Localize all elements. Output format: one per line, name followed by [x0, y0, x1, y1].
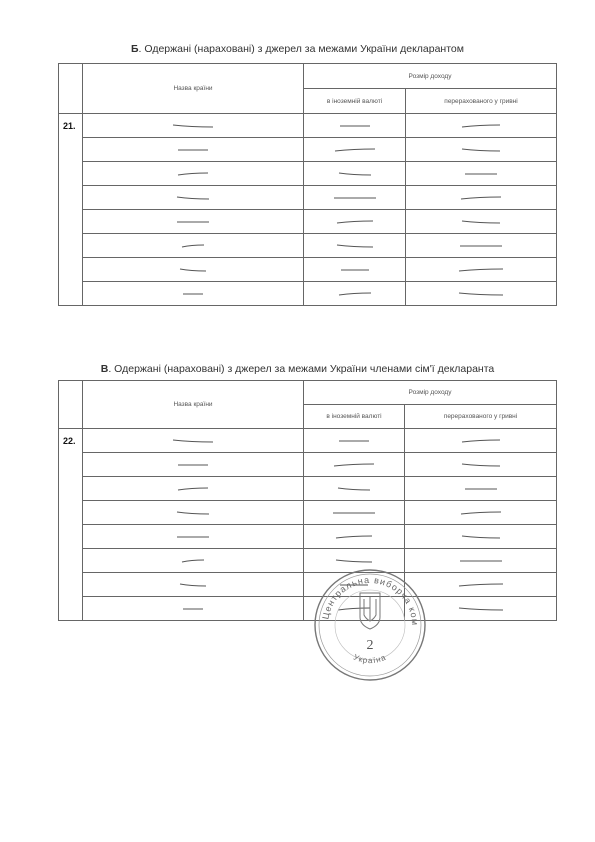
country-header: Назва країни	[83, 381, 304, 429]
stamp-text-bottom: Україна	[352, 652, 388, 665]
table-row	[59, 162, 557, 186]
uah-cell	[406, 282, 557, 306]
income-size-header: Розмір доходу	[304, 381, 557, 405]
stamp-number: 2	[367, 638, 374, 653]
country-cell	[83, 501, 304, 525]
foreign-cell	[304, 114, 406, 138]
foreign-cell	[304, 234, 406, 258]
converted-uah-header: перерахованого у гривні	[405, 405, 557, 429]
section-v-title-text: . Одержані (нараховані) з джерел за межа…	[108, 363, 494, 375]
foreign-income-declarant-table: Назва країни Розмір доходу в іноземній в…	[58, 63, 557, 306]
table-row	[59, 186, 557, 210]
country-cell	[83, 162, 304, 186]
uah-cell	[406, 186, 557, 210]
uah-cell	[406, 162, 557, 186]
table-row	[59, 477, 557, 501]
uah-cell	[406, 138, 557, 162]
num-header-cell	[59, 64, 83, 114]
country-cell	[83, 429, 304, 453]
table-row: 21.	[59, 114, 557, 138]
uah-cell	[405, 453, 557, 477]
uah-cell	[405, 429, 557, 453]
official-stamp: Центральна виборча комісія Україна 2	[310, 565, 430, 685]
num-header-cell	[59, 381, 83, 429]
table-row	[59, 453, 557, 477]
uah-cell	[406, 234, 557, 258]
foreign-currency-header: в іноземній валюті	[304, 89, 406, 114]
foreign-cell	[304, 525, 405, 549]
foreign-cell	[304, 477, 405, 501]
foreign-currency-header: в іноземній валюті	[304, 405, 405, 429]
country-cell	[83, 573, 304, 597]
section-b-title: Б. Одержані (нараховані) з джерел за меж…	[0, 43, 595, 55]
foreign-cell	[304, 162, 406, 186]
section-v-title: В. Одержані (нараховані) з джерел за меж…	[0, 363, 595, 375]
section-b-title-text: . Одержані (нараховані) з джерел за межа…	[139, 43, 464, 55]
row-number: 21.	[59, 114, 83, 306]
table-row	[59, 501, 557, 525]
foreign-cell	[304, 138, 406, 162]
trident-emblem-icon	[360, 593, 380, 629]
converted-uah-header: перерахованого у гривні	[406, 89, 557, 114]
country-cell	[83, 453, 304, 477]
foreign-cell	[304, 501, 405, 525]
uah-cell	[406, 210, 557, 234]
country-cell	[83, 186, 304, 210]
uah-cell	[405, 501, 557, 525]
country-header: Назва країни	[83, 64, 304, 114]
section-b-letter: Б	[131, 43, 139, 55]
foreign-cell	[304, 282, 406, 306]
country-cell	[83, 525, 304, 549]
foreign-cell	[304, 186, 406, 210]
country-cell	[83, 477, 304, 501]
table-row	[59, 573, 557, 597]
table-row	[59, 597, 557, 621]
country-cell	[83, 114, 304, 138]
uah-cell	[406, 258, 557, 282]
table-row	[59, 258, 557, 282]
foreign-cell	[304, 429, 405, 453]
country-cell	[83, 258, 304, 282]
country-cell	[83, 549, 304, 573]
country-cell	[83, 210, 304, 234]
foreign-cell	[304, 258, 406, 282]
table-row	[59, 282, 557, 306]
foreign-income-family-table: Назва країни Розмір доходу в іноземній в…	[58, 380, 557, 621]
country-cell	[83, 282, 304, 306]
uah-cell	[406, 114, 557, 138]
country-cell	[83, 138, 304, 162]
income-size-header: Розмір доходу	[304, 64, 557, 89]
foreign-cell	[304, 453, 405, 477]
table-row	[59, 549, 557, 573]
table-row: 22.	[59, 429, 557, 453]
uah-cell	[405, 525, 557, 549]
table-row	[59, 138, 557, 162]
table-row	[59, 210, 557, 234]
country-cell	[83, 597, 304, 621]
uah-cell	[405, 477, 557, 501]
table-row	[59, 234, 557, 258]
foreign-cell	[304, 210, 406, 234]
table-row	[59, 525, 557, 549]
country-cell	[83, 234, 304, 258]
row-number: 22.	[59, 429, 83, 621]
